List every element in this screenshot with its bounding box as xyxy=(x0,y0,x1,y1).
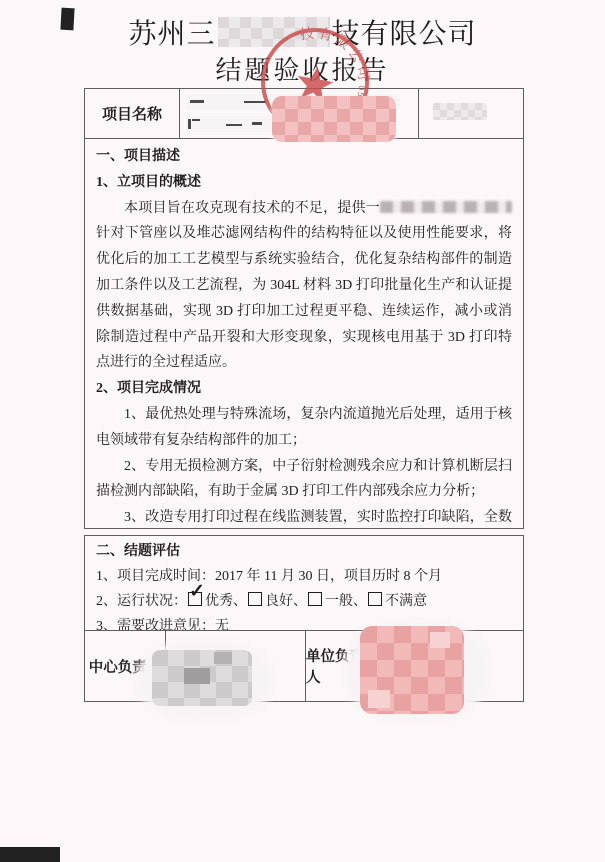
completion-item: 2、专用无损检测方案，中子衍射检测残余应力和计算机断层扫描检测内部缺陷，有助于金… xyxy=(96,454,512,506)
check-mark-icon: ✓ xyxy=(189,582,205,601)
scan-artifact-bottom xyxy=(0,847,60,862)
project-table: 项目名称 一、项目描述 1、立项 xyxy=(84,88,524,529)
checkbox-excellent-checked: ✓ xyxy=(188,592,202,606)
section1-heading: 一、项目描述 xyxy=(96,144,512,170)
purpose-paragraph: 本项目旨在攻克现有技术的不足，提供一针对下管座以及堆芯滤网结构件的结构特征以及使… xyxy=(96,196,512,377)
project-description-cell: 一、项目描述 1、立项目的概述 本项目旨在攻克现有技术的不足，提供一针对下管座以… xyxy=(85,139,523,533)
section2-heading: 二、结题评估 xyxy=(96,539,512,564)
redaction-signature-pink xyxy=(360,626,464,714)
purpose-heading: 1、立项目的概述 xyxy=(96,170,512,196)
completion-time-line: 1、项目完成时间：2017 年 11 月 30 日，项目历时 8 个月 xyxy=(96,564,512,589)
redaction-block xyxy=(433,103,487,120)
project-name-side-cell xyxy=(419,89,523,138)
checkbox-unsatisfied xyxy=(368,592,382,606)
redaction-blob-pink xyxy=(272,96,396,142)
project-name-label: 项目名称 xyxy=(85,89,180,138)
company-title-prefix: 苏州三 xyxy=(128,12,215,52)
evaluation-section: 二、结题评估 1、项目完成时间：2017 年 11 月 30 日，项目历时 8 … xyxy=(85,536,523,639)
status-line: 2、运行状况：✓优秀、良好、一般、不满意 xyxy=(96,589,512,614)
report-page: 苏州三 技有限公司 结题验收报告 项目名称 xyxy=(0,0,605,862)
completion-heading: 2、项目完成情况 xyxy=(96,376,512,402)
inline-text-redaction xyxy=(380,201,512,213)
checkbox-good xyxy=(248,592,262,606)
redaction-signature-gray xyxy=(152,650,252,706)
completion-item: 1、最优热处理与特殊流场，复杂内流道抛光后处理，适用于核电领域带有复杂结构部件的… xyxy=(96,402,512,454)
checkbox-average xyxy=(308,592,322,606)
completion-item: 3、改造专用打印过程在线监测装置，实时监控打印缺陷，全数值化判断缺陷产生，为后期… xyxy=(96,505,512,533)
